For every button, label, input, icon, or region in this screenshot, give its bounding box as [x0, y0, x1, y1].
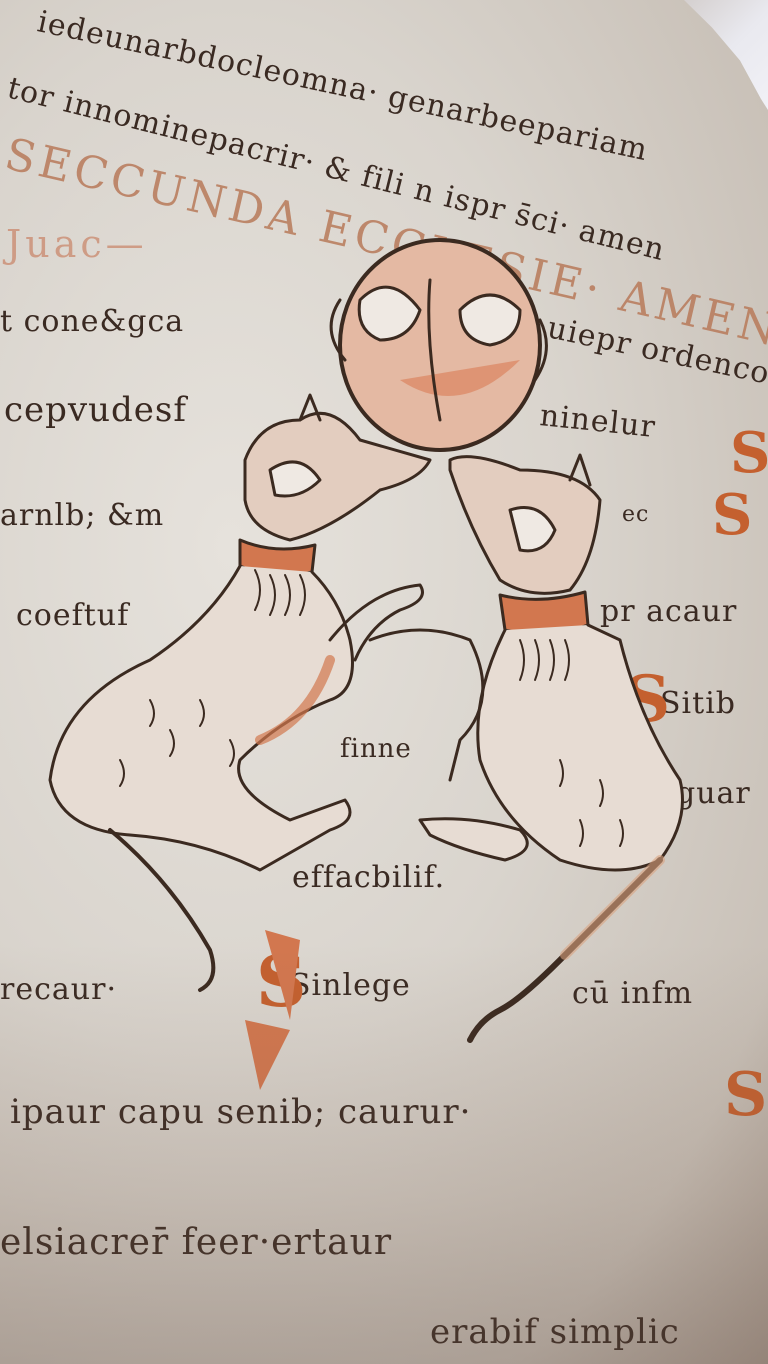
- manuscript-photo: iedeunarbdocleomna· genarbeepariam tor i…: [0, 0, 768, 1364]
- page-shadow: [0, 944, 768, 1364]
